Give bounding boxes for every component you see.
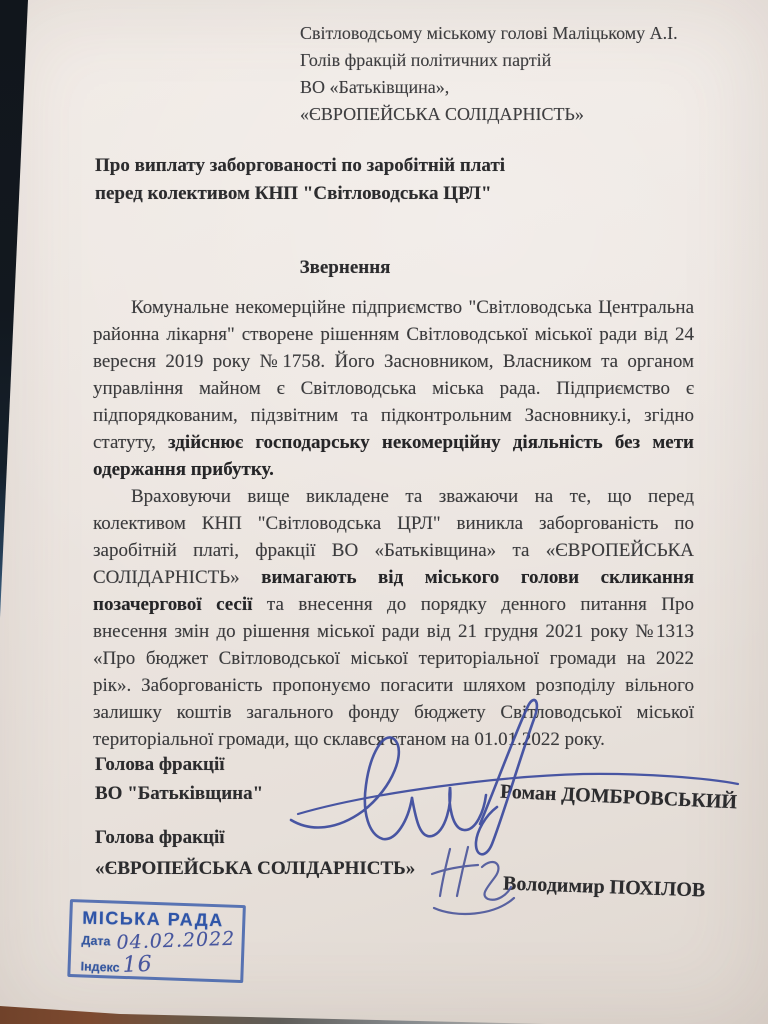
subject-block: Про виплату заборгованості по заробітній…: [95, 152, 635, 208]
document-heading: Звернення: [95, 257, 595, 279]
photo-of-document: Світловодсьому міському голові Маліцьком…: [0, 0, 768, 1024]
signatory-2-role-block: Голова фракції «ЄВРОПЕЙСЬКА СОЛІДАРНІСТЬ…: [95, 822, 415, 884]
signatory-2-org: «ЄВРОПЕЙСЬКА СОЛІДАРНІСТЬ»: [95, 853, 415, 884]
paragraph-1: Комунальне некомерційне підприємство "Св…: [93, 294, 694, 483]
recipient-line: ВО «Батьківщина»,: [300, 74, 760, 101]
recipient-line: «ЄВРОПЕЙСЬКА СОЛІДАРНІСТЬ»: [300, 101, 760, 128]
body-text: Комунальне некомерційне підприємство "Св…: [93, 294, 694, 753]
subject-line: Про виплату заборгованості по заробітній…: [95, 152, 635, 180]
paragraph-1-bold-text: здійснює господарську некомерційну діяль…: [93, 432, 694, 480]
stamp-date-label: Дата: [81, 933, 110, 948]
recipient-block: Світловодсьому міському голові Маліцьком…: [300, 20, 760, 128]
signature-2-ink: [420, 843, 535, 923]
registration-stamp: МІСЬКА РАДА Дата 04.02.2022 Індекс 16: [67, 899, 246, 983]
subject-line: перед колективом КНП "Світловодська ЦРЛ": [95, 180, 635, 208]
signatory-2-role: Голова фракції: [95, 822, 415, 853]
document-page: Світловодсьому міському голові Маліцьком…: [0, 0, 768, 1024]
recipient-line: Світловодсьому міському голові Маліцьком…: [300, 20, 760, 47]
signatory-1-org: ВО "Батьківщина": [95, 779, 263, 808]
signatory-1-role-block: Голова фракції ВО "Батьківщина": [95, 750, 263, 808]
paragraph-1-text: Комунальне некомерційне підприємство "Св…: [93, 297, 694, 453]
recipient-line: Голів фракцій політичних партій: [300, 47, 760, 74]
stamp-index-value: 16: [122, 952, 153, 978]
stamp-index-label: Індекс: [80, 959, 119, 974]
stamp-index-row: Індекс 16: [80, 951, 233, 980]
signatory-1-role: Голова фракції: [95, 750, 263, 779]
stamp-date-value: 04.02.2022: [116, 928, 235, 954]
